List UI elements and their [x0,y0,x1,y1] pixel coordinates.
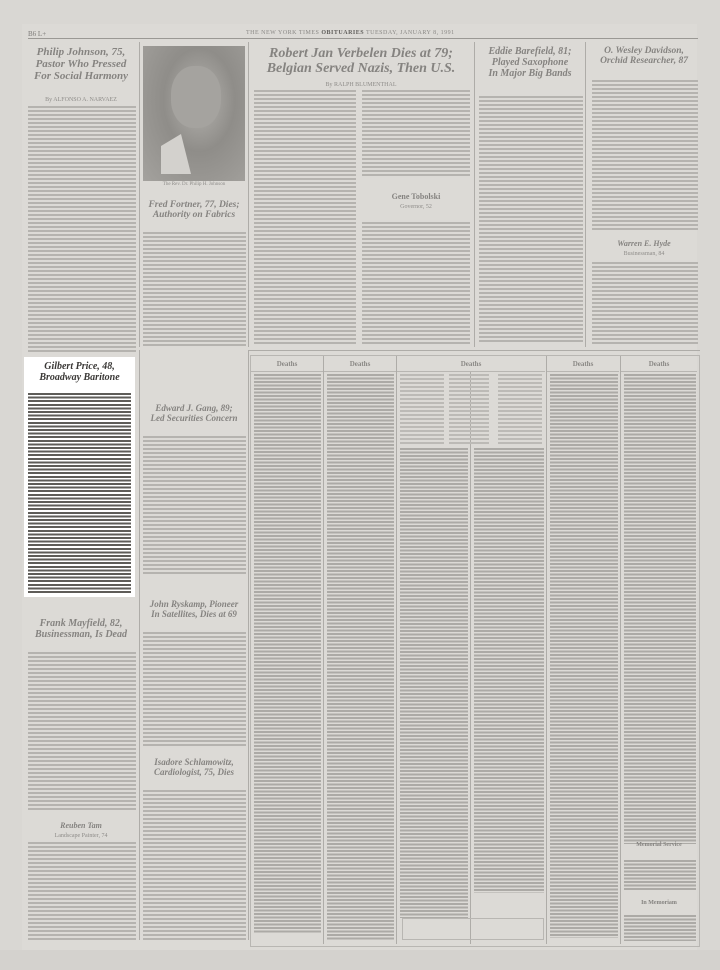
column-rule [620,356,621,944]
headline: Gilbert Price, 48,Broadway Baritone [24,361,135,383]
article-body [28,393,131,593]
subhead: Landscape Painter, 74 [24,833,138,839]
memorial-service-heading: Memorial Service [622,842,696,849]
column-header-deaths: Deaths [547,357,619,372]
article-body [28,346,136,354]
article-body [254,90,356,345]
photo-caption: The Rev. Dr. Philip H. Johnson [143,182,245,187]
column-header-deaths: Deaths [397,357,545,372]
subhead: Businessman, 84 [588,251,700,257]
column-header-deaths: Deaths [324,357,396,372]
column-header-deaths: Deaths [621,357,697,372]
headline: Robert Jan Verbelen Dies at 79;Belgian S… [250,46,472,77]
column-rule [139,42,140,347]
death-notices-text [474,448,544,893]
section-name: OBITUARIES [321,30,364,36]
headline: Philip Johnson, 75,Pastor Who PressedFor… [24,46,138,82]
column-rule [470,372,471,944]
article-body [28,652,136,812]
headline: O. Wesley Davidson,Orchid Researcher, 87 [588,46,700,67]
article-body [143,436,246,576]
death-notices-list [449,374,489,444]
column-rule [139,350,140,940]
page-masthead: B6 L+ THE NEW YORK TIMES OBITUARIES TUES… [28,30,698,39]
headline: Fred Fortner, 77, Dies;Authority on Fabr… [141,200,247,221]
column-rule [474,42,475,347]
scan-edge [0,950,720,970]
column-rule [396,356,397,944]
portrait-photo [143,46,245,181]
column-rule [323,356,324,944]
death-notices-text [624,374,696,844]
article-body [143,790,246,940]
headline: Gene Tobolski [362,193,470,202]
column-header-deaths: Deaths [251,357,323,372]
headline: Frank Mayfield, 82,Businessman, Is Dead [24,618,138,640]
headline: Eddie Barefield, 81;Played SaxophoneIn M… [476,46,584,79]
death-notices-text [550,374,618,938]
article-body [479,96,583,344]
death-notices-text [254,374,321,934]
article-body [143,632,246,747]
running-head: THE NEW YORK TIMES OBITUARIES TUESDAY, J… [246,30,455,36]
memorial-text [624,860,696,890]
death-notices-text [327,374,394,940]
column-rule [248,42,249,347]
highlighted-article-gilbert-price[interactable]: Gilbert Price, 48,Broadway Baritone [24,357,135,597]
in-memoriam-heading: In Memoriam [622,900,696,907]
headline: Warren E. Hyde [588,240,700,249]
headline: John Ryskamp, PioneerIn Satellites, Dies… [141,600,247,620]
death-notices-text [400,448,468,918]
column-rule [546,356,547,944]
byline: By ALFONSO A. NARVAEZ [24,97,138,103]
death-notices-list [400,374,444,444]
headline: Reuben Tam [24,822,138,831]
article-body [592,262,698,346]
article-body [362,90,470,178]
headline: Isadore Schlamowitz,Cardiologist, 75, Di… [141,758,247,778]
article-body [143,232,246,347]
article-body [28,842,136,940]
column-rule [585,42,586,347]
section-rule [248,350,700,351]
headline: Edward J. Gang, 89;Led Securities Concer… [141,404,247,424]
in-memoriam-text [624,915,696,941]
page-number: B6 L+ [28,30,46,38]
byline: By RALPH BLUMENTHAL [250,82,472,88]
notice-box [402,918,544,940]
article-body [28,106,136,346]
article-body [592,80,698,232]
article-body [362,222,470,344]
subhead: Governor, 52 [362,204,470,210]
column-rule [248,350,249,940]
death-notices-list [498,374,542,444]
